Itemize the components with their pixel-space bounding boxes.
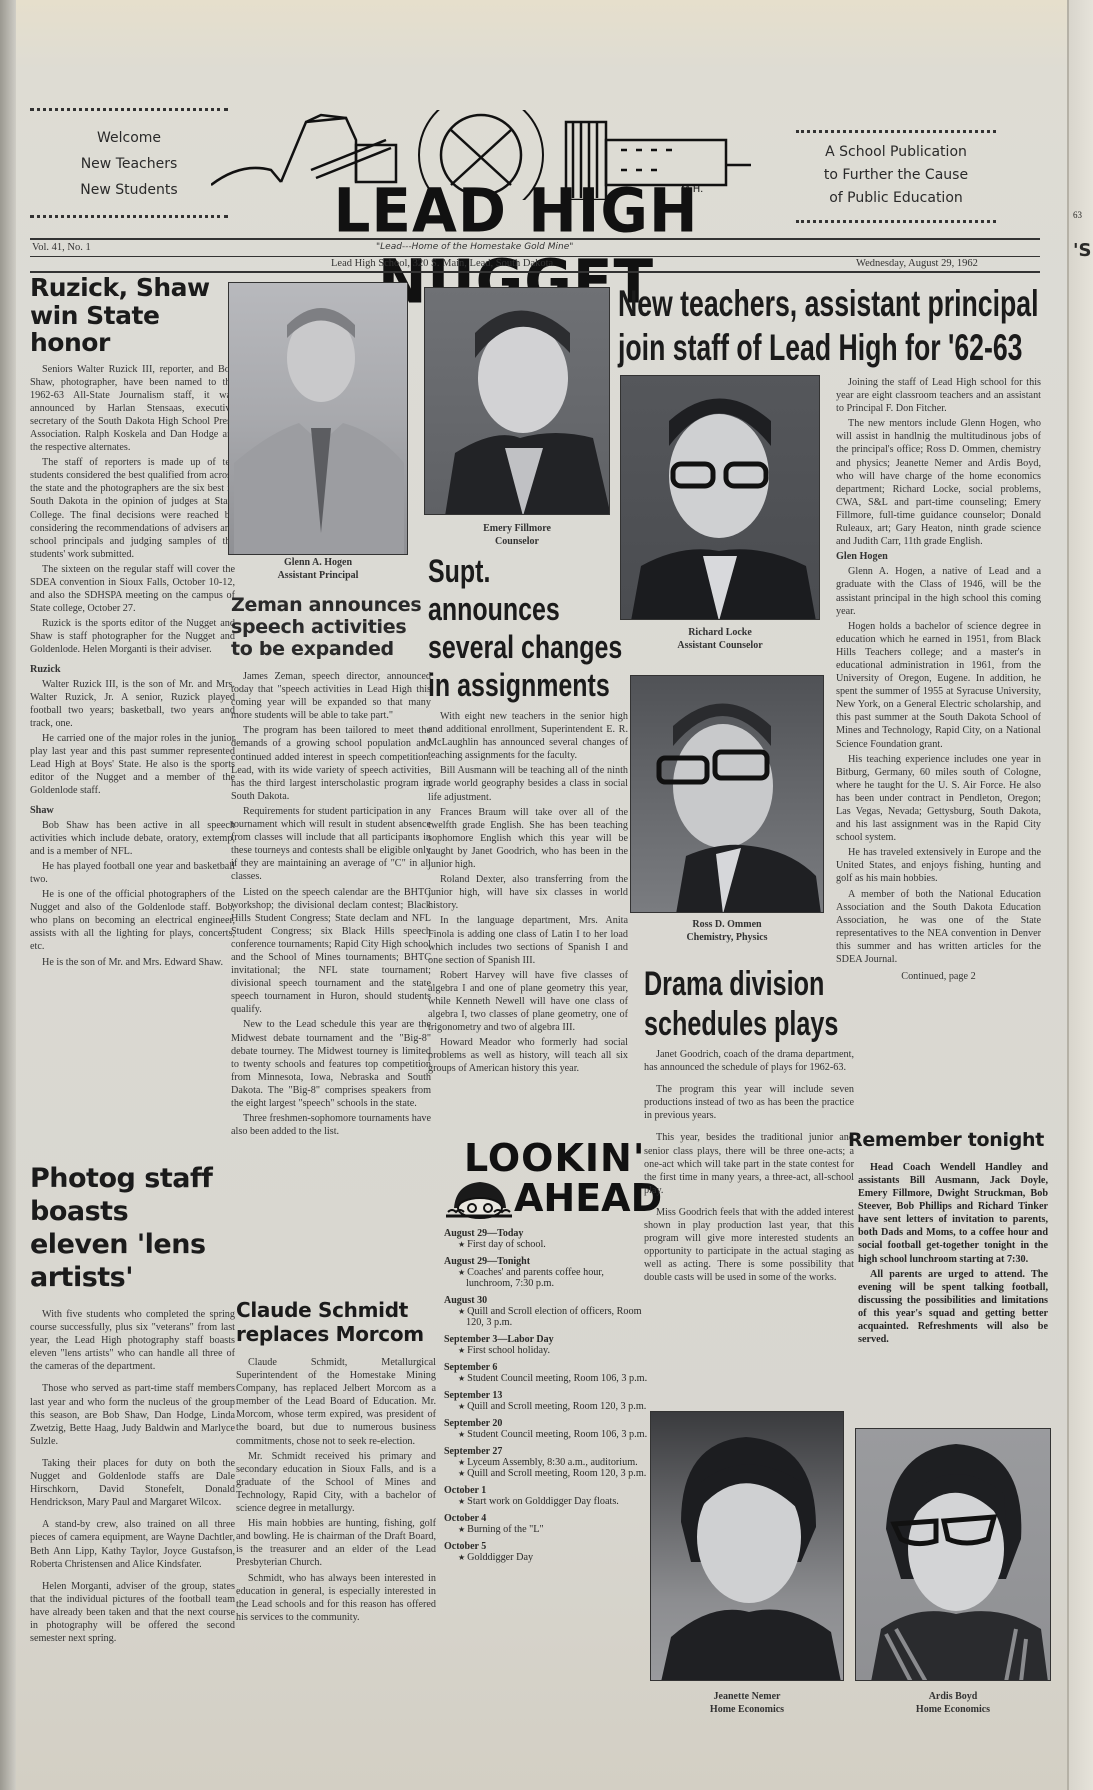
event-item: ★ Quill and Scroll meeting, Room 120, 3 … <box>452 1401 649 1412</box>
headline: Drama division schedules plays <box>644 964 854 1044</box>
article-body: Claude Schmidt, Metallurgical Superinten… <box>236 1356 436 1624</box>
star-icon: ★ <box>458 1346 467 1355</box>
portrait-icon <box>621 376 820 620</box>
divider <box>30 108 228 111</box>
right-ear: A School Publication to Further the Caus… <box>796 130 996 223</box>
issue-date: Wednesday, August 29, 1962 <box>856 258 978 269</box>
article-schmidt: Claude Schmidt replaces Morcom Claude Sc… <box>236 1298 436 1626</box>
event-date: October 1 <box>444 1485 649 1496</box>
adjacent-page-fragment: 'S <box>1073 240 1091 261</box>
volume-number: Vol. 41, No. 1 <box>32 242 91 253</box>
left-ear: Welcome New Teachers New Students <box>30 108 228 218</box>
event-date: August 29—Tonight <box>444 1256 649 1267</box>
article-photog-staff: Photog staff boasts eleven 'lens artists… <box>30 1162 235 1647</box>
tagline: "Lead---Home of the Homestake Gold Mine" <box>376 242 573 252</box>
headline: Remember tonight <box>848 1130 1048 1151</box>
star-icon: ★ <box>458 1497 467 1506</box>
divider <box>796 220 996 223</box>
star-icon: ★ <box>458 1469 467 1478</box>
star-icon: ★ <box>458 1553 467 1562</box>
event-item: ★ Student Council meeting, Room 106, 3 p… <box>452 1373 649 1384</box>
article-new-teachers: Joining the staff of Lead High school fo… <box>836 376 1041 985</box>
headline: Supt. announces several changes in assig… <box>428 552 628 704</box>
article-body: Seniors Walter Ruzick III, reporter, and… <box>30 363 235 969</box>
event-item: ★ Quill and Scroll election of officers,… <box>452 1306 649 1328</box>
photo-richard-locke <box>620 375 820 620</box>
portrait-icon <box>651 1412 844 1681</box>
continued-link[interactable]: Continued, page 2 <box>836 970 1041 983</box>
event-date: September 13 <box>444 1390 649 1401</box>
event-date: September 20 <box>444 1418 649 1429</box>
star-icon: ★ <box>458 1430 467 1439</box>
event-date: October 5 <box>444 1541 649 1552</box>
event-date: August 30 <box>444 1295 649 1306</box>
article-body: With eight new teachers in the senior hi… <box>428 710 628 1076</box>
masthead-rule <box>30 238 1040 240</box>
article-body: Head Coach Wendell Handley and assistant… <box>848 1161 1048 1346</box>
event-date: September 3—Labor Day <box>444 1334 649 1345</box>
photo-ross-ommen <box>630 675 824 913</box>
subheading: Glen Hogen <box>836 550 1041 563</box>
article-body: James Zeman, speech director, announced … <box>231 670 431 1138</box>
adjacent-page-fragment: 63 <box>1073 210 1082 220</box>
photo-caption: Jeanette Nemer Home Economics <box>650 1690 844 1716</box>
event-date: October 4 <box>444 1513 649 1524</box>
star-icon: ★ <box>458 1268 467 1277</box>
article-supt-changes: Supt. announces several changes in assig… <box>428 552 628 1078</box>
article-zeman-speech: Zeman announces speech activities to be … <box>231 594 431 1140</box>
star-icon: ★ <box>458 1307 467 1316</box>
photo-ardis-boyd <box>855 1428 1051 1681</box>
subheading: Shaw <box>30 804 235 817</box>
photo-caption: Glenn A. Hogen Assistant Principal <box>228 556 408 582</box>
event-item: ★ Burning of the "L" <box>452 1524 649 1535</box>
star-icon: ★ <box>458 1240 467 1249</box>
newspaper-page: Welcome New Teachers New Students <box>16 0 1067 1790</box>
article-body: Janet Goodrich, coach of the drama depar… <box>644 1048 854 1285</box>
article-drama: Drama division schedules plays Janet Goo… <box>644 964 854 1287</box>
headline: New teachers, assistant principal join s… <box>618 282 1064 370</box>
portrait-icon <box>229 283 408 555</box>
right-page-edge: 63 'S <box>1067 0 1093 1790</box>
article-ruzick-shaw: Ruzick, Shaw win State honor Seniors Wal… <box>30 272 235 971</box>
article-new-teachers-headline: New teachers, assistant principal join s… <box>618 282 1058 370</box>
lookin-ahead-calendar: LOOKIN' AHEAD August 29—Today★ First day… <box>444 1136 649 1563</box>
school-address: Lead High School, 320 S. Main, Lead, Sou… <box>331 258 553 269</box>
masthead-rule <box>30 256 1040 257</box>
portrait-icon <box>631 676 824 913</box>
event-list: August 29—Today★ First day of school.Aug… <box>444 1228 649 1563</box>
star-icon: ★ <box>458 1374 467 1383</box>
event-date: September 27 <box>444 1446 649 1457</box>
photo-caption: Ardis Boyd Home Economics <box>855 1690 1051 1716</box>
event-date: September 6 <box>444 1362 649 1373</box>
star-icon: ★ <box>458 1525 467 1534</box>
headline: Claude Schmidt replaces Morcom <box>236 1298 436 1346</box>
star-icon: ★ <box>458 1458 467 1467</box>
headline: Ruzick, Shaw win State honor <box>30 274 235 357</box>
event-item: ★ First day of school. <box>452 1239 649 1250</box>
event-item: ★ Lyceum Assembly, 8:30 a.m., auditorium… <box>452 1457 649 1468</box>
photo-jeanette-nemer <box>650 1411 844 1681</box>
divider <box>796 130 996 133</box>
article-remember-tonight: Remember tonight Head Coach Wendell Hand… <box>848 1130 1048 1348</box>
peeking-face-icon <box>446 1178 512 1220</box>
portrait-icon <box>856 1429 1051 1681</box>
headline: Photog staff boasts eleven 'lens artists… <box>30 1162 235 1294</box>
masthead-logo: M.H. LEAD HIGH NUGGET <box>211 110 831 240</box>
star-icon: ★ <box>458 1402 467 1411</box>
subheading: Ruzick <box>30 663 235 676</box>
photo-caption: Emery Fillmore Counselor <box>424 522 610 548</box>
photo-glenn-hogen <box>228 282 408 555</box>
headline: Zeman announces speech activities to be … <box>231 594 431 660</box>
event-item: ★ First school holiday. <box>452 1345 649 1356</box>
photo-caption: Ross D. Ommen Chemistry, Physics <box>630 918 824 944</box>
divider <box>30 215 228 218</box>
lookin-ahead-logo: LOOKIN' AHEAD <box>444 1136 649 1222</box>
article-body: With five students who completed the spr… <box>30 1308 235 1645</box>
event-item: ★ Student Council meeting, Room 106, 3 p… <box>452 1429 649 1440</box>
article-body: Joining the staff of Lead High school fo… <box>836 376 1041 983</box>
photo-emery-fillmore <box>424 287 610 515</box>
left-page-edge <box>0 0 16 1790</box>
event-item: ★ Golddigger Day <box>452 1552 649 1563</box>
portrait-icon <box>425 288 610 515</box>
photo-caption: Richard Locke Assistant Counselor <box>620 626 820 652</box>
event-item: ★ Quill and Scroll meeting, Room 120, 3 … <box>452 1468 649 1479</box>
event-item: ★ Coaches' and parents coffee hour, lunc… <box>452 1267 649 1289</box>
event-item: ★ Start work on Golddigger Day floats. <box>452 1496 649 1507</box>
event-date: August 29—Today <box>444 1228 649 1239</box>
